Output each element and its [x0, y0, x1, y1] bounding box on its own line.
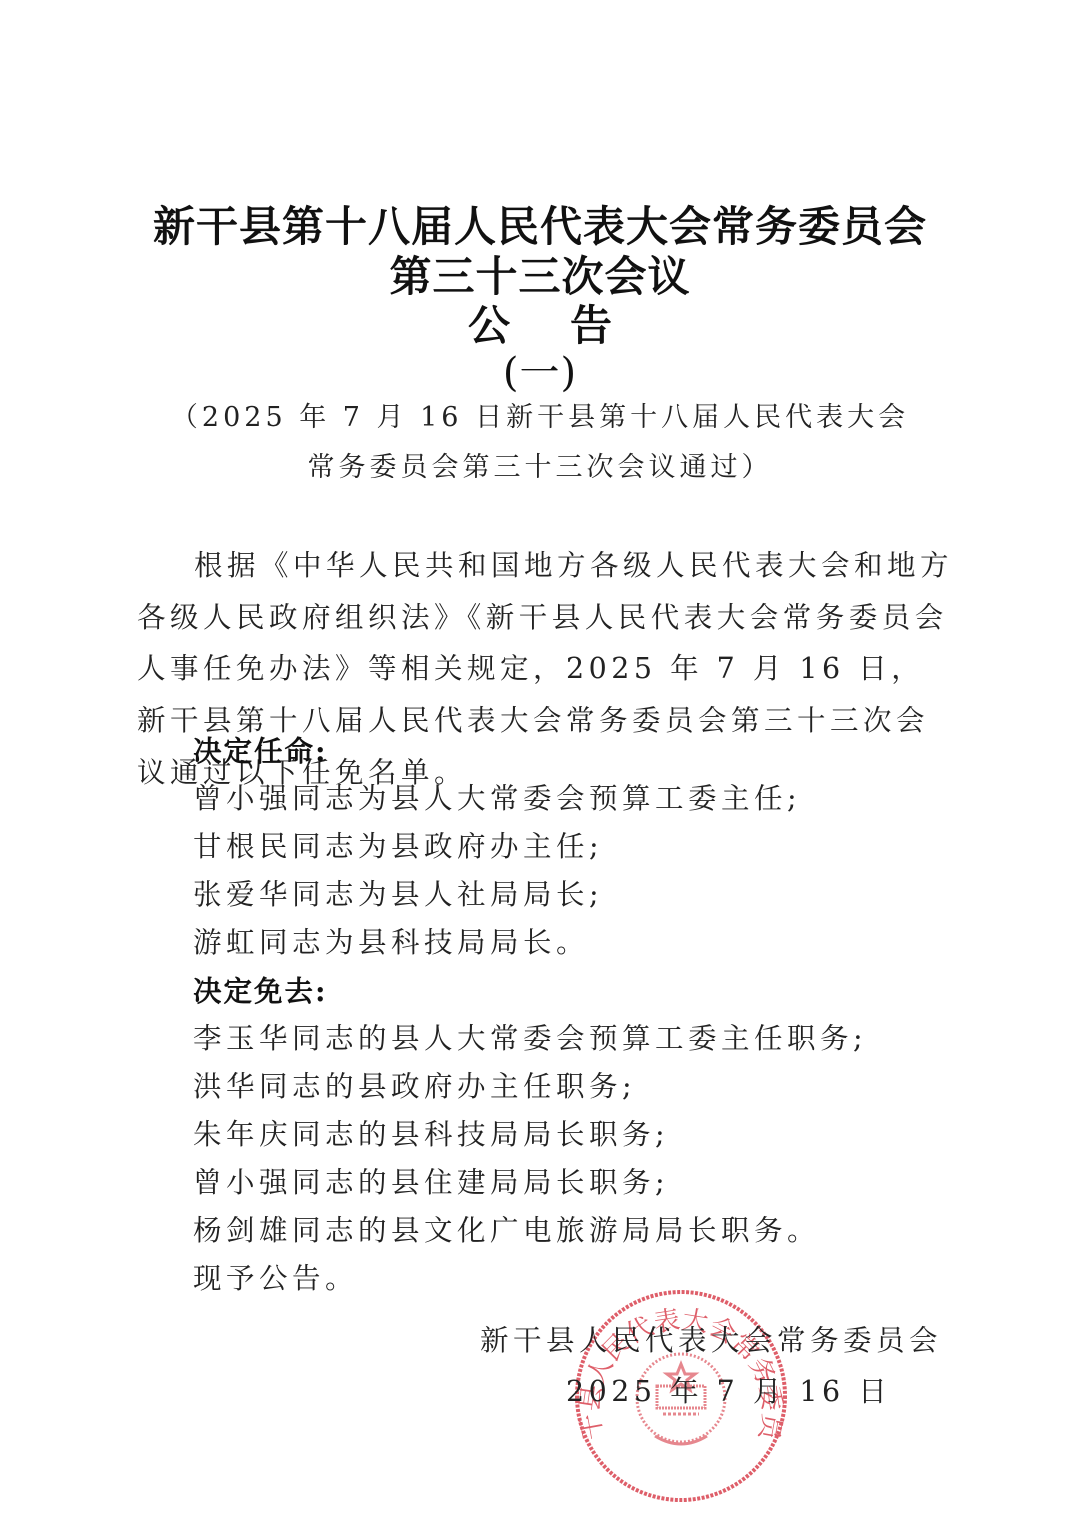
subtitle-line-1: （2025 年 7 月 16 日新干县第十八届人民代表大会 — [0, 403, 1080, 433]
removal-item: 朱年庆同志的县科技局局长职务; — [193, 1115, 669, 1155]
signature-date: 2025 年 7 月 16 日 — [566, 1372, 891, 1412]
removal-item: 洪华同志的县政府办主任职务; — [193, 1067, 636, 1107]
appointment-item: 游虹同志为县科技局局长。 — [193, 923, 589, 963]
signature-organization: 新干县人民代表大会常务委员会 — [480, 1321, 942, 1361]
appointments-heading: 决定任命: — [193, 731, 328, 771]
appointment-item: 张爱华同志为县人社局局长; — [193, 875, 603, 915]
removal-item: 曾小强同志的县住建局局长职务; — [193, 1163, 669, 1203]
announcement-heading: 公告 — [0, 301, 1080, 351]
announcement-title-line-1: 新干县第十八届人民代表大会常务委员会 — [0, 202, 1080, 252]
appointment-item: 曾小强同志为县人大常委会预算工委主任; — [193, 779, 801, 819]
announcement-number: (一) — [0, 348, 1080, 398]
subtitle-line-2: 常务委员会第三十三次会议通过） — [0, 453, 1080, 483]
appointment-item: 甘根民同志为县政府办主任; — [193, 827, 603, 867]
removal-item: 杨剑雄同志的县文化广电旅游局局长职务。 — [193, 1211, 820, 1251]
announcement-title-line-2: 第三十三次会议 — [0, 252, 1080, 302]
removal-item: 李玉华同志的县人大常委会预算工委主任职务; — [193, 1019, 867, 1059]
closing-statement: 现予公告。 — [193, 1259, 358, 1299]
removals-heading: 决定免去: — [193, 971, 328, 1011]
